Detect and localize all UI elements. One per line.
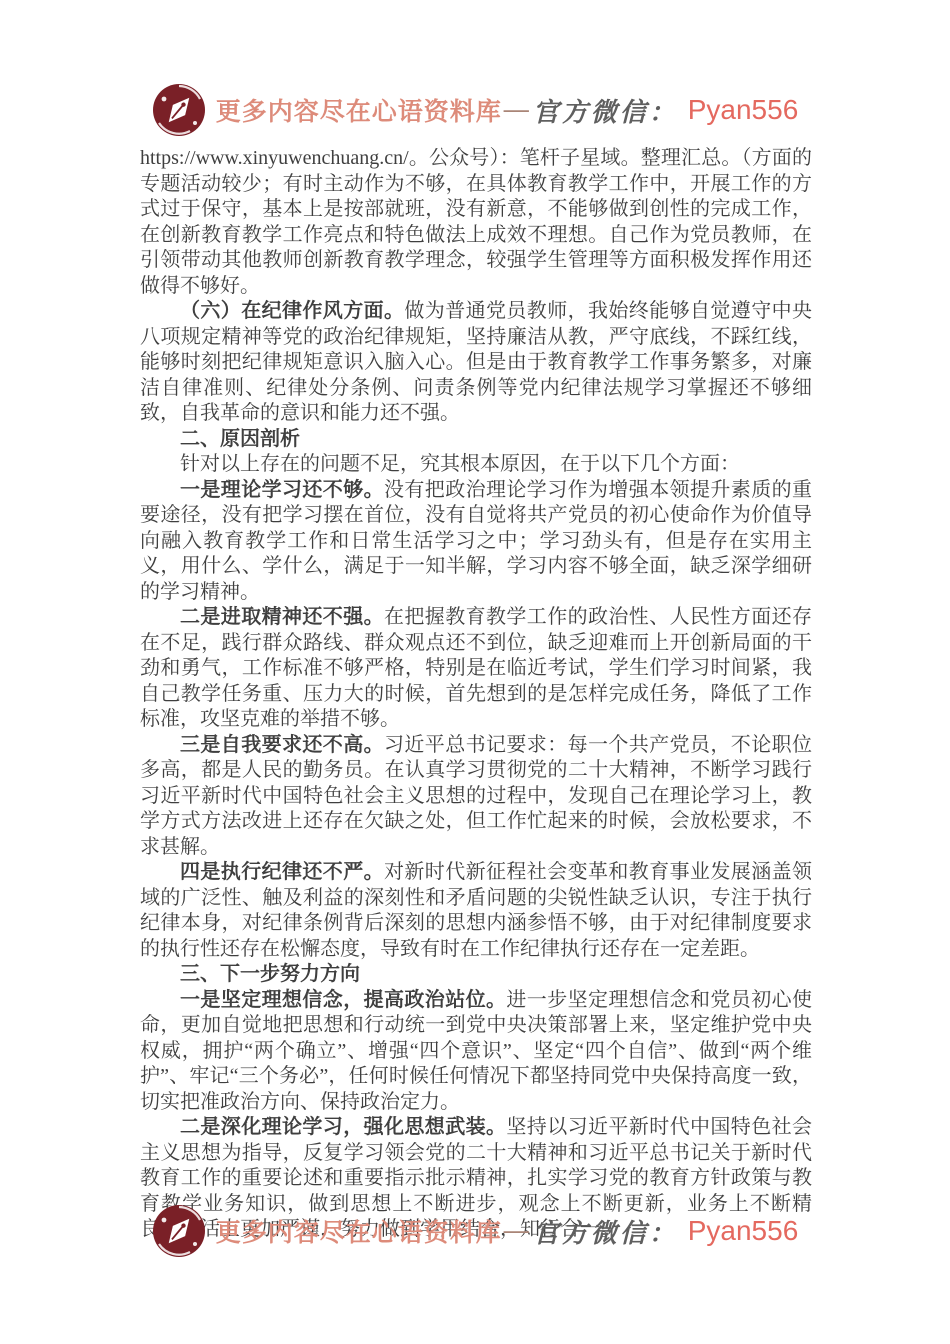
paragraph: 三是自我要求还不高。习近平总书记要求：每一个共产党员，不论职位多高，都是人民的勤… (140, 733, 812, 861)
paragraph-lead: （六）在纪律作风方面。 (180, 300, 404, 322)
paragraph: 针对以上存在的问题不足，究其根本原因，在于以下几个方面： (140, 452, 812, 478)
banner-wechat-label: 官方微信： (533, 1213, 678, 1250)
banner-wechat-label: 官方微信： (533, 92, 678, 129)
banner-brand-text: 更多内容尽在心语资料库 (216, 92, 502, 128)
banner-brand-text: 更多内容尽在心语资料库 (216, 1213, 502, 1249)
header-banner: 更多内容尽在心语资料库 — 官方微信： Pyan556 (0, 82, 950, 138)
paragraph-lead: 二是深化理论学习，强化思想武装。 (180, 1116, 506, 1138)
paragraph: 四是执行纪律还不严。对新时代新征程社会变革和教育事业发展涵盖领域的广泛性、触及利… (140, 860, 812, 962)
banner-separator: — (504, 96, 529, 124)
paragraph-lead: 一是坚定理想信念，提高政治站位。 (180, 989, 506, 1011)
paragraph: https://www.xinyuwenchuang.cn/。公众号）：笔杆子星… (140, 146, 812, 299)
paragraph: 一是理论学习还不够。没有把政治理论学习作为增强本领提升素质的重要途径，没有把学习… (140, 478, 812, 606)
footer-banner: 更多内容尽在心语资料库 — 官方微信： Pyan556 (0, 1203, 950, 1259)
banner-wechat-id: Pyan556 (688, 94, 799, 126)
paragraph: （六）在纪律作风方面。做为普通党员教师，我始终能够自觉遵守中央八项规定精神等党的… (140, 299, 812, 427)
banner-separator: — (504, 1217, 529, 1245)
paragraph: 二是进取精神还不强。在把握教育教学工作的政治性、人民性方面还存在不足，践行群众路… (140, 605, 812, 733)
document-body: https://www.xinyuwenchuang.cn/。公众号）：笔杆子星… (140, 146, 812, 1243)
pen-nib-swirl-logo-icon (152, 1204, 206, 1258)
paragraph-lead: 三是自我要求还不高。 (180, 734, 384, 756)
paragraph-lead: 四是执行纪律还不严。 (180, 861, 384, 883)
document-page: 更多内容尽在心语资料库 — 官方微信： Pyan556 https://www.… (0, 0, 950, 1344)
section-heading: 三、下一步努力方向 (140, 962, 812, 988)
banner-wechat-id: Pyan556 (688, 1215, 799, 1247)
pen-nib-swirl-logo-icon (152, 83, 206, 137)
paragraph-lead: 二是进取精神还不强。 (180, 606, 384, 628)
paragraph: 一是坚定理想信念，提高政治站位。进一步坚定理想信念和党员初心使命，更加自觉地把思… (140, 988, 812, 1116)
section-heading: 二、原因剖析 (140, 427, 812, 453)
paragraph-lead: 一是理论学习还不够。 (180, 479, 384, 501)
